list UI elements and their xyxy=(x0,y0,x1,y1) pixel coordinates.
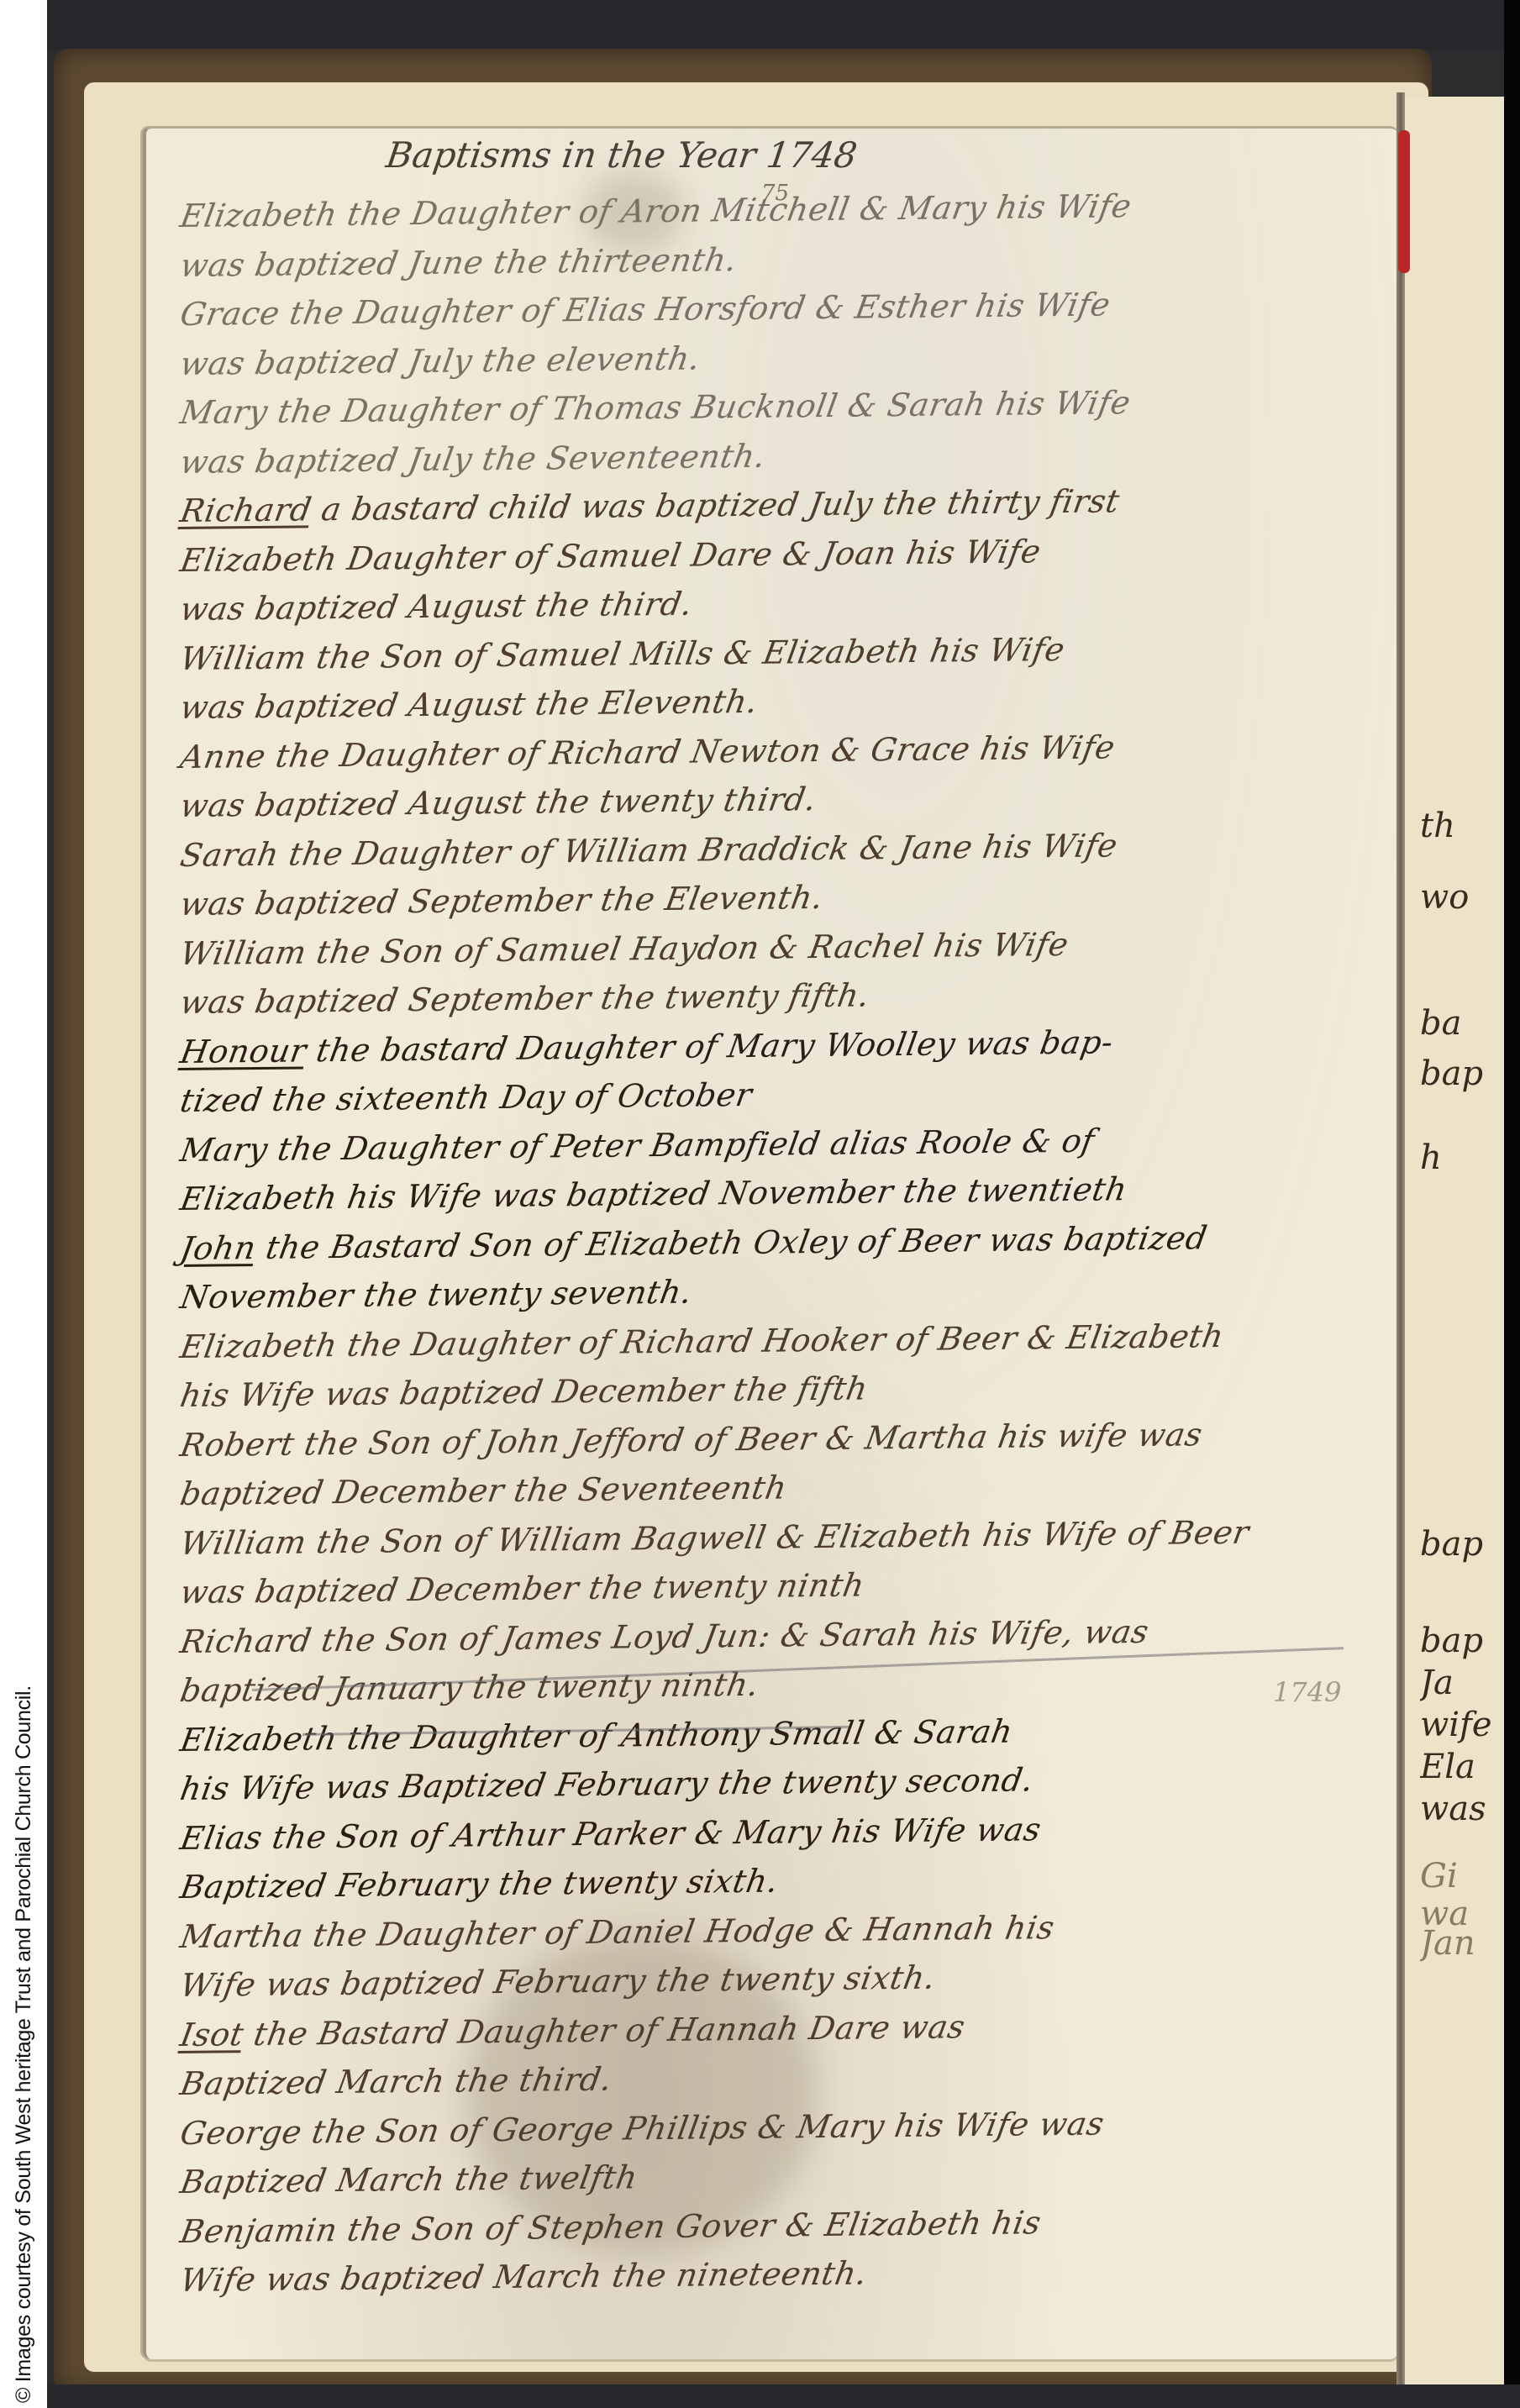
facing-page-fragment: th xyxy=(1420,807,1504,845)
facing-page xyxy=(1405,97,1504,2399)
mount-background-right xyxy=(1504,0,1520,2408)
copyright-credit: © Images courtesy of South West heritage… xyxy=(12,1685,35,2403)
entry-text: the bastard Daughter of Mary Woolley was… xyxy=(303,1023,1117,1069)
facing-page-fragment: Gi xyxy=(1420,1857,1504,1895)
underlined-name: Isot xyxy=(177,2016,246,2053)
facing-page-fragment: wo xyxy=(1420,878,1504,917)
page-title: Baptisms in the Year 1748 xyxy=(384,134,860,176)
red-ribbon-marker xyxy=(1398,130,1410,273)
facing-page-fragment: ba xyxy=(1420,1004,1504,1043)
book-gutter xyxy=(1396,92,1405,2395)
entry-text: a bastard child was baptized July the th… xyxy=(308,482,1123,528)
entry-text: the Bastard Daughter of Hannah Dare was xyxy=(240,2008,968,2053)
facing-page-fragment: h xyxy=(1420,1138,1504,1177)
credit-strip: © Images courtesy of South West heritage… xyxy=(0,0,47,2408)
facing-page-fragment: bap xyxy=(1420,1622,1504,1660)
facing-page-fragment: was xyxy=(1420,1790,1504,1828)
facing-page-fragment: Jan xyxy=(1420,1924,1504,1963)
underlined-name: John xyxy=(177,1229,259,1267)
facing-page-fragment: Ela xyxy=(1420,1748,1504,1786)
facing-page-fragment: bap xyxy=(1420,1054,1504,1093)
underlined-name: Richard xyxy=(177,491,314,529)
facing-page-fragment: bap xyxy=(1420,1525,1504,1564)
underlined-name: Honour xyxy=(177,1032,309,1070)
mount-background-top xyxy=(47,0,1520,50)
facing-page-fragment: wife xyxy=(1420,1706,1504,1744)
margin-year-note: 1749 xyxy=(1273,1676,1341,1708)
baptism-entries: Elizabeth the Daughter of Aron Mitchell … xyxy=(181,192,1357,2305)
mount-background-bottom xyxy=(47,2384,1520,2408)
facing-page-fragment: Ja xyxy=(1420,1664,1504,1702)
entry-text: the Bastard Son of Elizabeth Oxley of Be… xyxy=(253,1219,1210,1266)
